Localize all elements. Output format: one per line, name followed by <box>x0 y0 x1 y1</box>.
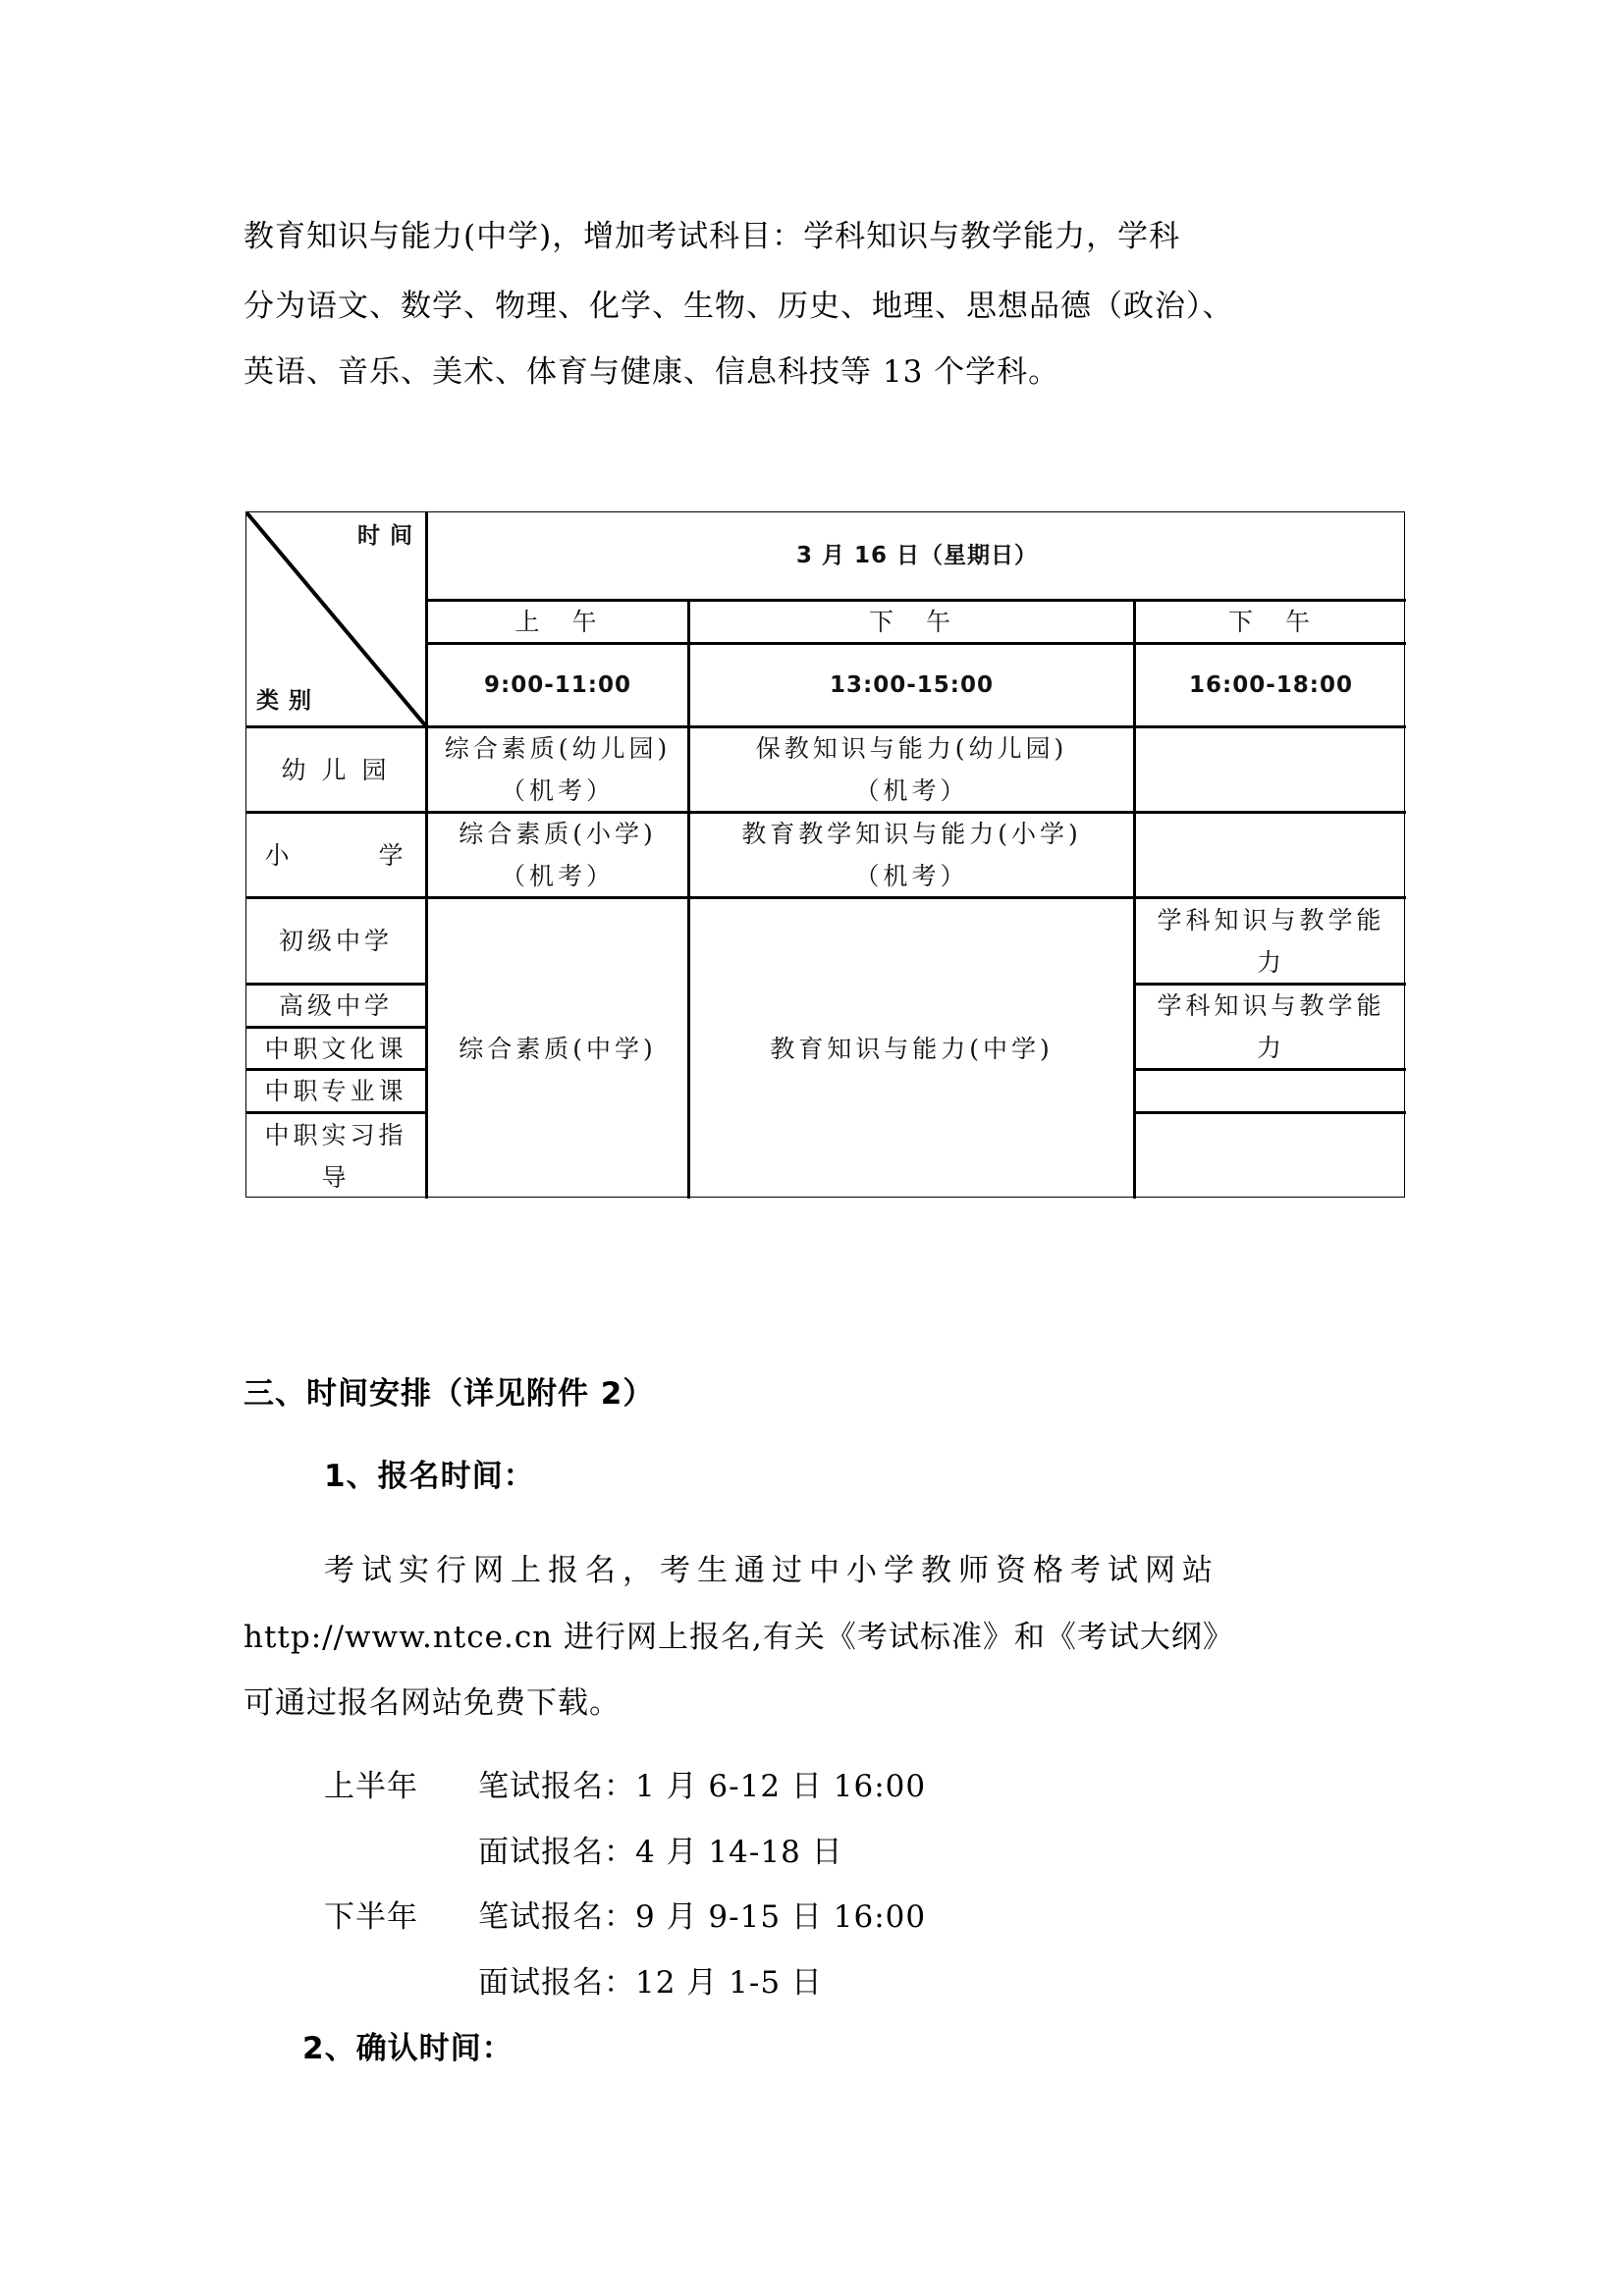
exam-name-cont: 力 <box>1257 1027 1285 1069</box>
category-vocational-culture: 中职文化课 <box>246 1029 425 1068</box>
time-afternoon-1: 13:00-15:00 <box>690 645 1133 725</box>
kindergarten-afternoon-exam: 保教知识与能力(幼儿园) （机考） <box>690 728 1133 811</box>
registration-label: 笔试报名： <box>478 1899 635 1935</box>
registration-label: 面试报名： <box>478 1965 635 2001</box>
term-first-half: 上半年 <box>324 1767 418 1806</box>
exam-name: 保教知识与能力(幼儿园) <box>756 727 1068 770</box>
category-junior-high: 初级中学 <box>246 899 425 983</box>
paragraph-line-3: 可通过报名网站免费下载。 <box>244 1683 621 1723</box>
subsection-2-heading: 2、确认时间： <box>302 2029 514 2068</box>
kindergarten-morning-exam: 综合素质(幼儿园) （机考） <box>428 728 687 811</box>
secondary-morning-exam: 综合素质(中学) <box>428 899 687 1199</box>
category-primary: 小 学 <box>246 814 425 896</box>
junior-high-subject-exam: 学科知识与教学能 力 <box>1136 899 1406 983</box>
registration-row: 面试报名：4 月 14-18 日 <box>478 1833 843 1872</box>
exam-schedule-table: 时 间 类 别 3 月 16 日（星期日） 上 午 下 午 下 午 9:00-1… <box>245 511 1405 1198</box>
intro-line-3: 英语、音乐、美术、体育与健康、信息科技等 13 个学科。 <box>244 352 1059 392</box>
term-second-half: 下半年 <box>324 1897 418 1937</box>
intro-line-2: 分为语文、数学、物理、化学、生物、历史、地理、思想品德（政治）、 <box>244 287 1234 326</box>
exam-mode: （机考） <box>854 770 968 812</box>
intro-line-1: 教育知识与能力(中学)，增加考试科目：学科知识与教学能力，学科 <box>244 217 1180 256</box>
period-morning: 上 午 <box>428 602 687 642</box>
period-afternoon-2: 下 午 <box>1136 602 1406 642</box>
exam-mode: （机考） <box>854 855 968 897</box>
category-vocational-specialty: 中职专业课 <box>246 1071 425 1111</box>
category-vocational-practice: 中职实习指 导 <box>246 1114 425 1199</box>
exam-mode: （机考） <box>501 855 615 897</box>
exam-name: 学科知识与教学能 <box>1157 985 1384 1027</box>
exam-name: 学科知识与教学能 <box>1157 899 1384 941</box>
exam-name: 综合素质(小学) <box>459 813 657 855</box>
date-header: 3 月 16 日（星期日） <box>428 512 1406 599</box>
primary-morning-exam: 综合素质(小学) （机考） <box>428 814 687 896</box>
corner-time-label: 时 间 <box>305 516 413 556</box>
exam-mode: （机考） <box>501 770 615 812</box>
time-morning: 9:00-11:00 <box>428 645 687 725</box>
corner-category-label: 类 别 <box>256 681 354 721</box>
registration-row: 面试报名：12 月 1-5 日 <box>478 1963 823 2002</box>
registration-value: 12 月 1-5 日 <box>635 1965 823 2001</box>
secondary-afternoon-exam: 教育知识与能力(中学) <box>690 899 1133 1199</box>
paragraph-line-1: 考试实行网上报名，考生通过中小学教师资格考试网站 <box>324 1551 1219 1590</box>
category-text: 中职实习指 <box>264 1114 406 1156</box>
time-afternoon-2: 16:00-18:00 <box>1136 645 1406 725</box>
registration-row: 笔试报名：1 月 6-12 日 16:00 <box>478 1767 926 1806</box>
registration-label: 面试报名： <box>478 1835 635 1870</box>
senior-high-subject-exam: 学科知识与教学能 力 <box>1136 986 1406 1068</box>
registration-value: 4 月 14-18 日 <box>635 1835 843 1870</box>
exam-name: 综合素质(幼儿园) <box>445 727 672 770</box>
period-afternoon-1: 下 午 <box>690 602 1133 642</box>
registration-value: 9 月 9-15 日 16:00 <box>635 1899 926 1935</box>
registration-label: 笔试报名： <box>478 1769 635 1804</box>
section-3-heading: 三、时间安排（详见附件 2） <box>244 1374 654 1414</box>
exam-name-cont: 力 <box>1257 941 1285 984</box>
exam-name: 教育教学知识与能力(小学) <box>741 813 1082 855</box>
paragraph-line-2: http://www.ntce.cn 进行网上报名,有关《考试标准》和《考试大纲… <box>244 1618 1234 1657</box>
category-kindergarten: 幼 儿 园 <box>246 728 425 811</box>
category-text: 导 <box>321 1156 350 1199</box>
registration-row: 笔试报名：9 月 9-15 日 16:00 <box>478 1897 926 1937</box>
category-senior-high: 高级中学 <box>246 986 425 1026</box>
primary-afternoon-exam: 教育教学知识与能力(小学) （机考） <box>690 814 1133 896</box>
subsection-1-heading: 1、报名时间： <box>324 1457 535 1496</box>
registration-value: 1 月 6-12 日 16:00 <box>635 1769 926 1804</box>
